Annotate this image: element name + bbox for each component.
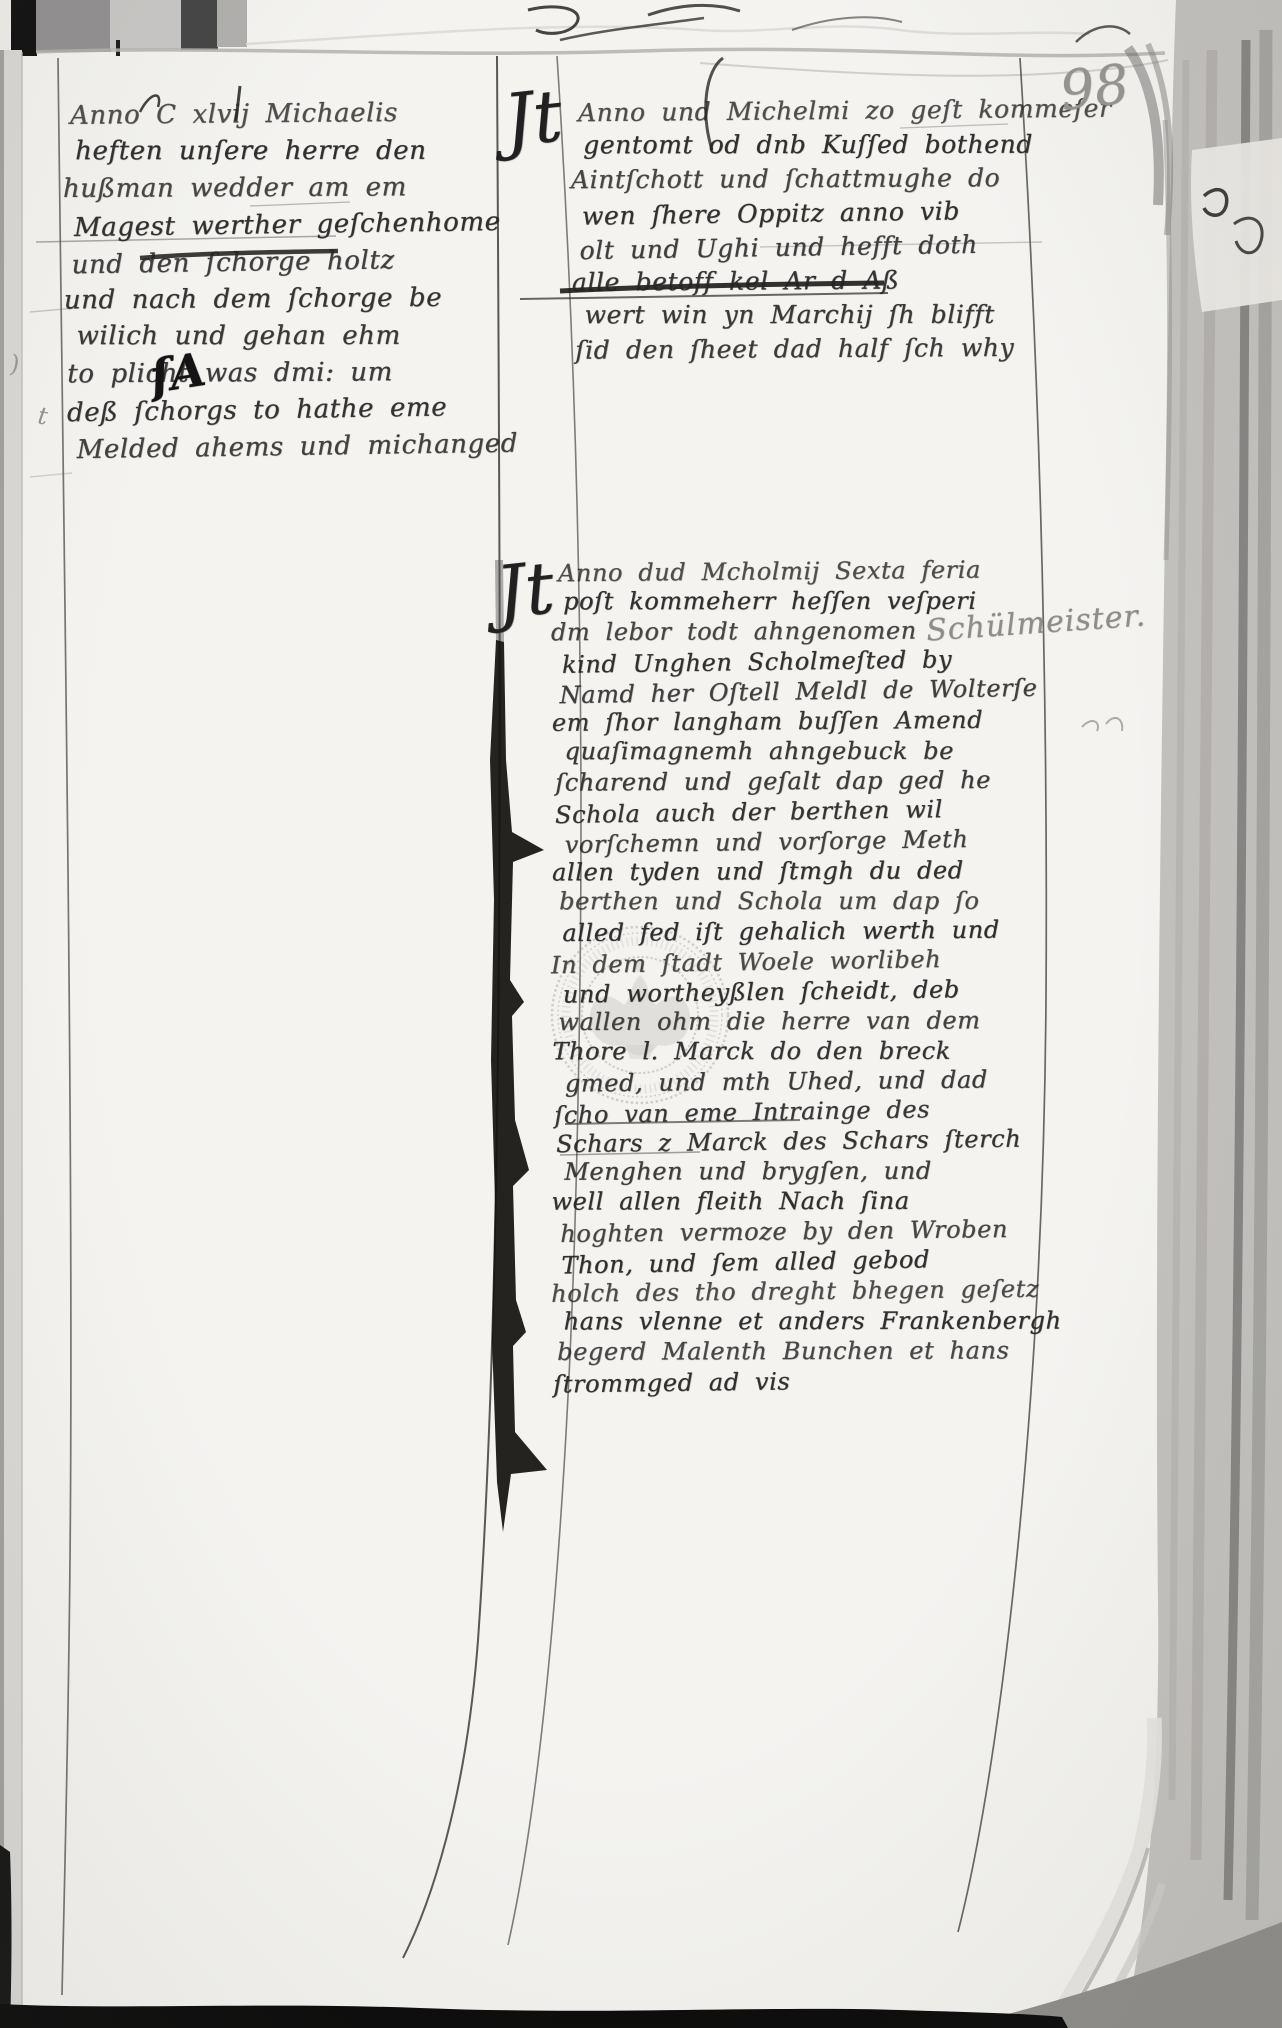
top-right-curl-shadow <box>1128 48 1159 205</box>
handwritten-line: Schars z Marck des Schars ſterch <box>556 1123 1096 1160</box>
handwritten-line: to plicht was dmi: um <box>67 354 497 394</box>
right-column-paragraph-1: Anno und Michelmi zo geſt kommeſergentom… <box>578 94 1098 366</box>
left-margin-pencil-mark-1: ) <box>10 350 19 378</box>
handwritten-line: ſid den ſheet dad half ſch why <box>575 330 1095 367</box>
handwritten-line: em ſhor langham buſſen Amend <box>552 704 1092 738</box>
left-column-text: Anno C xlvij Michaelisheften unſere herr… <box>70 96 500 466</box>
paragraph-mark-1: Jt <box>500 73 566 163</box>
handwritten-line: begerd Malenth Bunchen et hans <box>557 1335 1097 1367</box>
ink-overwrite-mark: ſA <box>146 342 209 404</box>
handwritten-line: und wortheyßlen ſcheidt, deb <box>563 972 1103 1009</box>
top-ink-squiggles <box>528 5 1130 42</box>
handwritten-line: Anno C xlvij Michaelis <box>70 94 500 135</box>
handwritten-line: Anno und Michelmi zo geſt kommeſer <box>578 92 1098 131</box>
handwritten-line: Menghen und brygſen, und <box>564 1155 1104 1187</box>
handwritten-line: alle betoff kel Ar d Aß <box>572 262 1092 300</box>
manuscript-scan-page: Anno C xlvij Michaelisheften unſere herr… <box>0 0 1282 2028</box>
handwritten-line: berthen und Schola um dap ſo <box>559 886 1099 917</box>
handwritten-line: hans vlenne et anders Frankenbergh <box>564 1306 1104 1337</box>
handwritten-line: holch des tho dreght bhegen geſetz <box>551 1273 1091 1309</box>
right-column-paragraph-2: Anno dud Mcholmij Sexta feriapoſt kommeh… <box>558 556 1098 1396</box>
handwritten-line: wert win yn Marchij ſh blifft <box>585 298 1105 332</box>
bottom-edge-black-band <box>0 2004 1068 2028</box>
handwritten-line: well allen fleith Nach ſina <box>551 1185 1091 1216</box>
handwritten-line: gentomt od dnb Kuſſed bothend <box>583 128 1103 163</box>
handwritten-line: und den ſchorge holtz <box>71 241 502 285</box>
handwritten-line: hußman wedder am em <box>63 169 493 208</box>
handwritten-line: wallen ohm die herre van dem <box>558 1005 1098 1037</box>
handwritten-line: und nach dem ſchorge be <box>64 279 494 319</box>
ink-smudge <box>490 560 547 1532</box>
adjacent-page-notch <box>1191 138 1282 312</box>
handwritten-line: heften unſere herre den <box>75 133 505 171</box>
handwritten-line: ſtrommged ad vis <box>553 1363 1093 1400</box>
handwritten-line: Melded ahems und michanged <box>76 426 506 469</box>
top-edge-strip <box>0 0 1168 76</box>
ruled-line-left-margin <box>58 58 71 1995</box>
handwritten-line: wilich und gehan ehm <box>77 318 507 355</box>
paragraph-mark-2: Jt <box>492 545 558 635</box>
fore-edge-band <box>1128 0 1282 1998</box>
folio-number: 98 <box>1056 52 1132 123</box>
handwritten-line: deß ſchorgs to hathe eme <box>67 389 498 433</box>
handwritten-line: Thore l. Marck do den breck <box>552 1036 1092 1067</box>
handwritten-line: quaſimagnemh ahngebuck be <box>565 736 1105 766</box>
handwritten-line: allen tyden und ſtmgh du ded <box>552 855 1092 888</box>
handwritten-line: Magest werther geſchenhome <box>74 204 504 247</box>
handwritten-line: Aintſchott und ſchattmughe do <box>571 161 1091 197</box>
handwritten-line: Anno dud Mcholmij Sexta feria <box>558 554 1098 589</box>
left-edge-strip <box>0 50 76 2028</box>
